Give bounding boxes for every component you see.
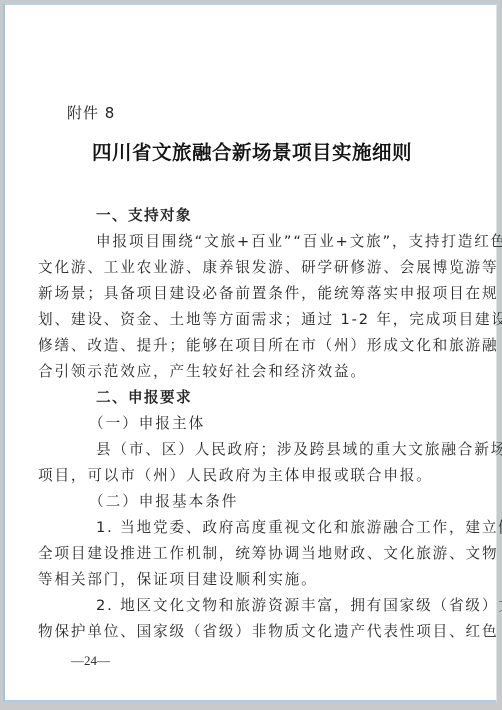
paragraph-applicant: 县（市、区）人民政府；涉及跨县域的重大文旅融合新场景 项目，可以市（州）人民政府… bbox=[67, 437, 439, 489]
text-line: 合引领示范效应，产生较好社会和经济效益。 bbox=[67, 359, 439, 385]
page-number: —24— bbox=[71, 653, 110, 669]
text-line: 等相关部门，保证项目建设顺利实施。 bbox=[67, 567, 439, 593]
text-line: 县（市、区）人民政府；涉及跨县域的重大文旅融合新场景 bbox=[67, 437, 439, 463]
text-line: 项目，可以市（州）人民政府为主体申报或联合申报。 bbox=[67, 463, 439, 489]
paragraph-support-targets: 申报项目围绕“文旅+百业”“百业+文旅”，支持打造红色 文化游、工业农业游、康养… bbox=[67, 229, 439, 385]
document-title: 四川省文旅融合新场景项目实施细则 bbox=[5, 137, 499, 165]
attachment-label: 附件 8 bbox=[67, 102, 115, 123]
text-line: 文化游、工业农业游、康养银发游、研学研修游、会展博览游等 bbox=[67, 255, 439, 281]
section-heading-application-requirements: 二、申报要求 bbox=[67, 385, 439, 411]
subsection-heading-basic-conditions: （二）申报基本条件 bbox=[67, 489, 439, 515]
document-body: 一、支持对象 申报项目围绕“文旅+百业”“百业+文旅”，支持打造红色 文化游、工… bbox=[67, 203, 439, 645]
text-line: 物保护单位、国家级（省级）非物质文化遗产代表性项目、红色 bbox=[67, 619, 439, 645]
text-line: 新场景；具备项目建设必备前置条件，能统筹落实申报项目在规 bbox=[67, 281, 439, 307]
section-heading-support-targets: 一、支持对象 bbox=[67, 203, 439, 229]
text-line: 申报项目围绕“文旅+百业”“百业+文旅”，支持打造红色 bbox=[67, 229, 439, 255]
text-line: 划、建设、资金、土地等方面需求；通过 1-2 年，完成项目建设、 bbox=[67, 307, 439, 333]
page-content: 附件 8 四川省文旅融合新场景项目实施细则 一、支持对象 申报项目围绕“文旅+百… bbox=[5, 5, 496, 700]
text-line: 1. 当地党委、政府高度重视文化和旅游融合工作，建立健 bbox=[67, 515, 439, 541]
paragraph-condition-2: 2. 地区文化文物和旅游资源丰富，拥有国家级（省级）文 物保护单位、国家级（省级… bbox=[67, 593, 439, 645]
document-viewer: 附件 8 四川省文旅融合新场景项目实施细则 一、支持对象 申报项目围绕“文旅+百… bbox=[0, 0, 502, 710]
text-line: 2. 地区文化文物和旅游资源丰富，拥有国家级（省级）文 bbox=[67, 593, 439, 619]
paragraph-condition-1: 1. 当地党委、政府高度重视文化和旅游融合工作，建立健 全项目建设推进工作机制，… bbox=[67, 515, 439, 593]
text-line: 全项目建设推进工作机制，统筹协调当地财政、文化旅游、文物 bbox=[67, 541, 439, 567]
subsection-heading-applicant: （一）申报主体 bbox=[67, 411, 439, 437]
document-page: 附件 8 四川省文旅融合新场景项目实施细则 一、支持对象 申报项目围绕“文旅+百… bbox=[3, 3, 497, 703]
text-line: 修缮、改造、提升；能够在项目所在市（州）形成文化和旅游融 bbox=[67, 333, 439, 359]
